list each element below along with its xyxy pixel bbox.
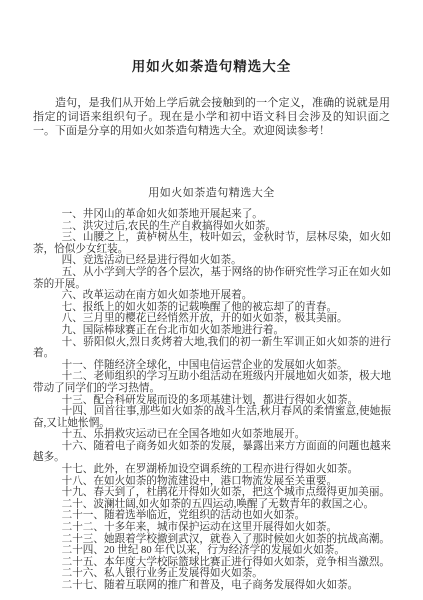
list-item: 十二、老师组织的学习互助小组活动在班级内开展地如火如荼，极大地带动了同学们的学习…: [33, 371, 391, 394]
document-page: 用如火如荼造句精选大全 造句，是我们从开始上学后就会接触到的一个定义，准确的说就…: [0, 0, 423, 600]
list-item: 六、改革运动在南方如火如荼地开展着。: [33, 290, 391, 302]
list-item: 二十三、她跟着学校撤到武汉，就卷入了那时候如火如荼的抗战高潮。: [33, 534, 391, 546]
list-item: 二十二、十多年来，城市保护运动在这里开展得如火如荼。: [33, 522, 391, 534]
intro-paragraph: 造句，是我们从开始上学后就会接触到的一个定义，准确的说就是用指定的词语来组织句子…: [33, 96, 390, 138]
list-item: 九、国际棒球赛正在台北市如火如荼地进行着。: [33, 325, 391, 337]
list-item: 八、三月里的樱花已经悄然开放，开的如火如荼，极其美丽。: [33, 313, 391, 325]
sentence-list: 一、井冈山的革命如火如荼地开展起来了。 二、洪灾过后,农民的生产自救搞得如火如荼…: [33, 209, 391, 592]
list-item: 二十七、随着互联网的推广和普及，电子商务发展得如火如荼。: [33, 580, 391, 592]
list-item: 五、从小学到大学的各个层次，基于网络的协作研究性学习正在如火如荼的开展。: [33, 267, 391, 290]
page-title: 用如火如荼造句精选大全: [0, 0, 423, 75]
section-heading: 用如火如荼造句精选大全: [0, 184, 423, 200]
list-item: 十六、随着电子商务如火如荼的发展，暴露出来方方面面的问题也越来越多。: [33, 441, 391, 464]
list-item: 十三、配合科研发展而设的多项基建计划，都进行得如火如荼。: [33, 395, 391, 407]
list-item: 一、井冈山的革命如火如荼地开展起来了。: [33, 209, 391, 221]
list-item: 四、竞选活动已经是进行得如火如荼。: [33, 255, 391, 267]
list-item: 十九、春天到了，杜鹃花开得如火如荼，把这个城市点缀得更加美丽。: [33, 487, 391, 499]
list-item: 二十五、本年度大学校际篮球比赛正进行得如火如荼，竞争相当激烈。: [33, 557, 391, 569]
list-item: 十、骄阳似火,烈日炙烤着大地,我们的初一新生军训正如火如荼的进行着。: [33, 337, 391, 360]
list-item: 十八、在如火如荼的物流建设中，港口物流发展至关重要。: [33, 476, 391, 488]
list-item: 二十一、随着选举临近，党组织的活动也如火如荼。: [33, 510, 391, 522]
list-item: 二十六、私人银行业务正发展得如火如荼。: [33, 568, 391, 580]
list-item: 二十、波澜壮阔,如火如荼的五四运动,唤醒了无数青年的救国之心。: [33, 499, 391, 511]
list-item: 十七、此外，在罗湖桥加设空调系统的工程亦进行得如火如荼。: [33, 464, 391, 476]
list-item: 十一、伴随经济全球化，中国电信运营企业的发展如火如荼。: [33, 360, 391, 372]
list-item: 二十四、20 世纪 80 年代以来，行为经济学的发展如火如荼。: [33, 545, 391, 557]
list-item: 十五、乐捐救灾运动已在全国各地如火如荼地展开。: [33, 429, 391, 441]
list-item: 三、山腰之上，黄栌树丛生，枝叶如云，金秋时节，层林尽染，如火如荼，恰似少女红装。: [33, 232, 391, 255]
list-item: 七、报纸上的如火如荼的记载唤醒了他的被忘却了的青春。: [33, 302, 391, 314]
list-item: 二、洪灾过后,农民的生产自救搞得如火如荼。: [33, 221, 391, 233]
list-item: 十四、回首往事,那些如火如荼的战斗生活,秋月春风的柔情蜜意,使她振奋,又让她怅惘…: [33, 406, 391, 429]
